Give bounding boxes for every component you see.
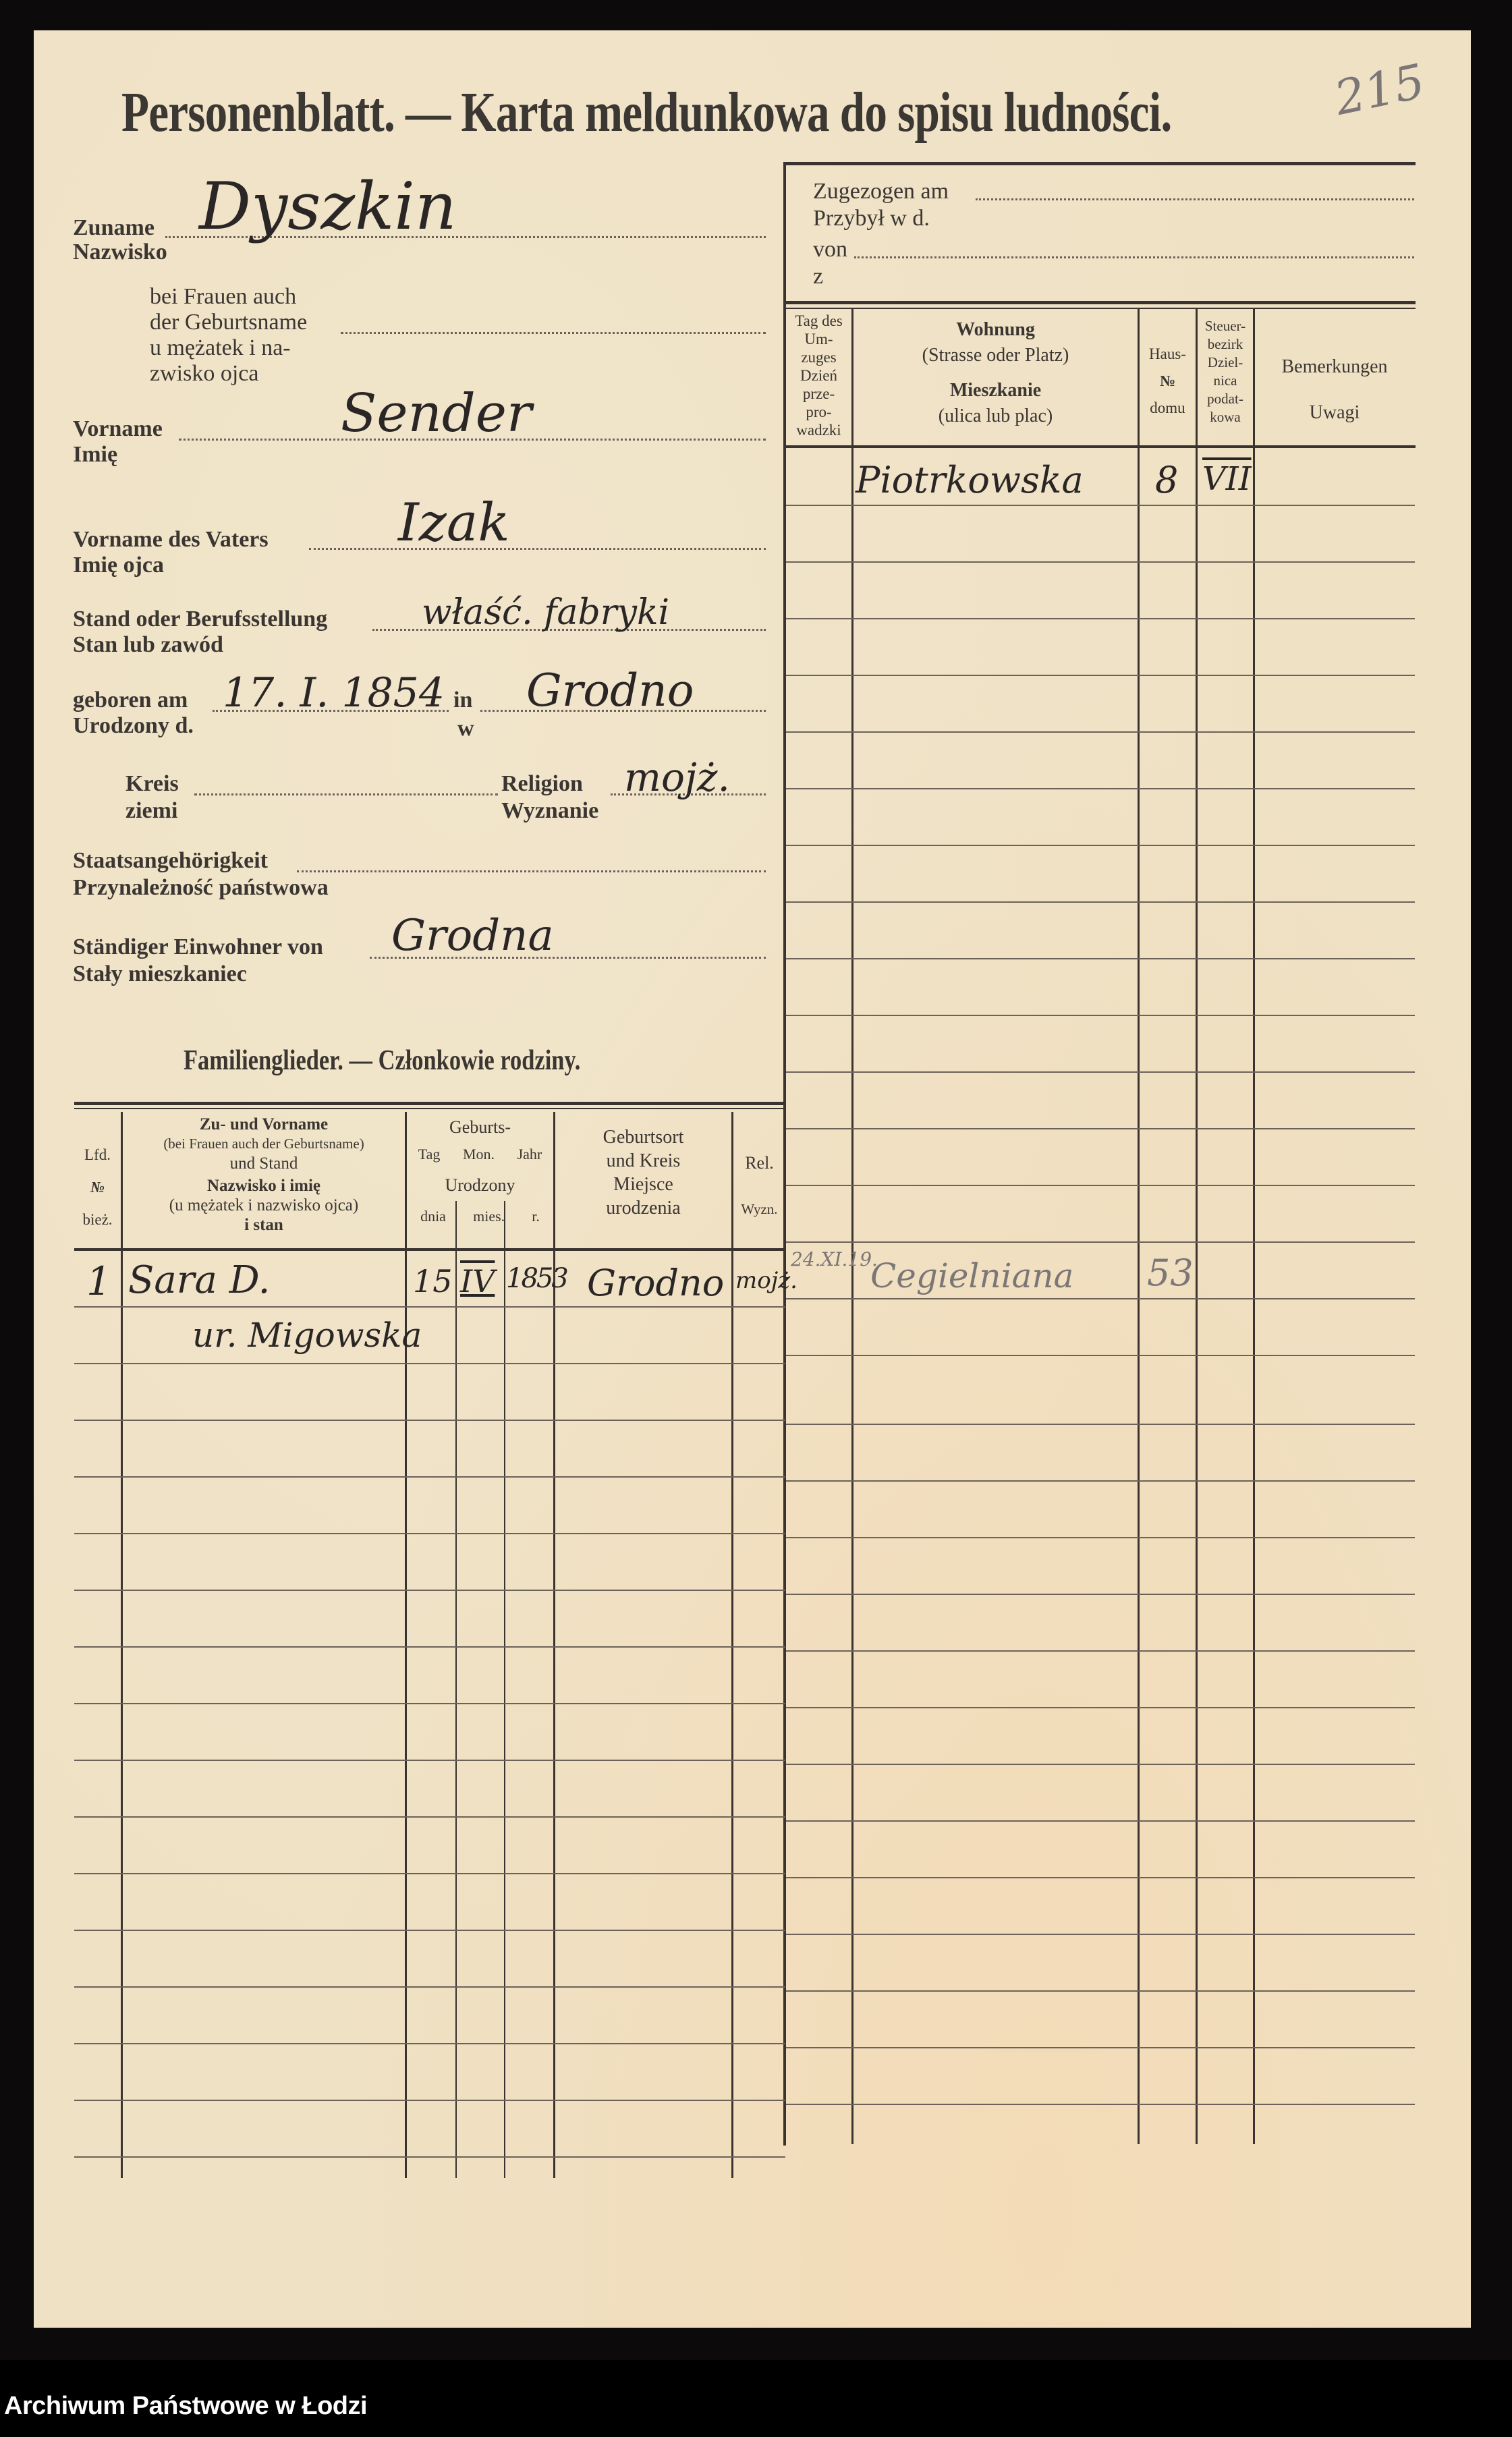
row-line <box>786 1650 1415 1652</box>
row1-street[interactable]: Piotrkowska <box>856 459 1084 501</box>
family-section-title: Familienglieder. — Członkowie rodziny. <box>184 1044 580 1077</box>
maiden-label-1: bei Frauen auch <box>150 283 296 310</box>
row-line <box>786 561 1415 563</box>
fathername-line <box>309 548 766 550</box>
resident-label-pl: Stały mieszkaniec <box>73 961 247 988</box>
fam-col-sep-3 <box>455 1201 457 2178</box>
district-label-de: Kreis <box>125 771 179 797</box>
firstname-label-pl: Imię <box>73 441 117 468</box>
row-line <box>74 1703 785 1704</box>
row-line <box>74 1363 785 1364</box>
occupation-label-pl: Stan lub zawód <box>73 632 223 659</box>
fam-col-sep-6 <box>731 1112 733 2178</box>
col-sep-3 <box>1196 309 1198 2144</box>
fam-col-sep-1 <box>121 1112 123 2178</box>
family-header-bottom <box>74 1248 785 1251</box>
surname-label-de: Zuname <box>73 215 155 242</box>
row2-move-day[interactable]: 24.XI.19. <box>791 1248 848 1271</box>
arrival-from-label-pl: z <box>813 263 823 290</box>
row-line <box>786 1480 1415 1482</box>
fam-header-birthplace: Geburtsortund KreisMiejsceurodzenia <box>555 1125 731 1220</box>
row2-house-no[interactable]: 53 <box>1147 1252 1194 1294</box>
occupation-label-de: Stand oder Berufsstellung <box>73 606 327 633</box>
row-line <box>786 675 1415 676</box>
row-line <box>786 618 1415 619</box>
maiden-label-2: der Geburtsname <box>150 309 307 336</box>
member1-day[interactable]: 15 <box>413 1263 453 1299</box>
surname-label-pl: Nazwisko <box>73 239 167 266</box>
arrival-date-line <box>976 198 1414 200</box>
row-line <box>786 1877 1415 1878</box>
member1-year[interactable]: 1853 <box>506 1263 567 1294</box>
occupation-value[interactable]: właść. fabryki <box>422 592 669 633</box>
member1-religion[interactable]: mojż. <box>735 1267 797 1294</box>
fathername-label-de: Vorname des Vaters <box>73 526 269 553</box>
fam-col-sep-2 <box>405 1112 407 2178</box>
header-dwelling: Wohnung (Strasse oder Platz) Mieszkanie … <box>853 317 1138 429</box>
citizenship-label-de: Staatsangehörigkeit <box>73 847 268 874</box>
member1-no[interactable]: 1 <box>86 1258 111 1304</box>
row-line <box>786 1241 1415 1243</box>
religion-label-pl: Wyznanie <box>501 797 598 824</box>
member1-name-line2[interactable]: ur. Migowska <box>192 1316 422 1355</box>
row-line <box>786 1071 1415 1073</box>
row-line <box>786 1820 1415 1822</box>
residence-mid-rule <box>785 301 1416 304</box>
row-line <box>74 1476 785 1478</box>
family-top-rule-thin <box>74 1108 785 1109</box>
page-title: Personenblatt. — Karta meldunkowa do spi… <box>121 80 1172 145</box>
birth-in-pl: w <box>457 715 474 742</box>
arrival-from-label-de: von <box>813 236 847 263</box>
row-line <box>74 1930 785 1931</box>
arrival-date-label-de: Zugezogen am <box>813 178 949 205</box>
residence-header-bottom <box>785 445 1416 448</box>
religion-label-de: Religion <box>501 771 583 797</box>
row-line <box>74 1306 785 1308</box>
fam-header-no: Lfd.№bież. <box>74 1139 121 1236</box>
row-line <box>786 1355 1415 1356</box>
col-sep-2 <box>1138 309 1140 2144</box>
row-line <box>786 1764 1415 1765</box>
row2-street[interactable]: Cegielniana <box>870 1256 1073 1295</box>
row-line <box>786 845 1415 846</box>
row-line <box>74 1873 785 1874</box>
header-remarks: BemerkungenUwagi <box>1255 344 1414 436</box>
resident-label-de: Ständiger Einwohner von <box>73 934 323 961</box>
row-line <box>786 1298 1415 1299</box>
resident-value[interactable]: Grodna <box>391 911 554 961</box>
residence-top-rule <box>785 162 1416 165</box>
family-top-rule <box>74 1102 785 1105</box>
maiden-label-3: u mężatek i na- <box>150 335 291 362</box>
row-line <box>786 1990 1415 1992</box>
maiden-line <box>341 332 766 334</box>
row-line <box>74 1590 785 1591</box>
header-tax-district: Steuer-bezirkDziel-nicapodat-kowa <box>1198 317 1253 426</box>
row-line <box>786 731 1415 733</box>
fam-header-religion: Rel.Wyzn. <box>733 1140 785 1232</box>
header-house-no: Haus-№domu <box>1140 341 1196 422</box>
member1-name-line1[interactable]: Sara D. <box>128 1258 270 1302</box>
row-line <box>786 901 1415 903</box>
citizenship-label-pl: Przynależność państwowa <box>73 874 329 901</box>
birth-label-pl: Urodzony d. <box>73 712 194 739</box>
fam-header-name: Zu- und Vorname (bei Frauen auch der Geb… <box>123 1115 405 1235</box>
firstname-label-de: Vorname <box>73 416 163 443</box>
row-line <box>786 1128 1415 1129</box>
birth-label-de: geboren am <box>73 687 188 714</box>
row-line <box>786 1537 1415 1538</box>
arrival-date-label-pl: Przybył w d. <box>813 205 930 232</box>
col-sep-4 <box>1253 309 1255 2144</box>
district-label-pl: ziemi <box>125 797 177 824</box>
row-line <box>786 2047 1415 2048</box>
row-line <box>786 1424 1415 1425</box>
row-line <box>74 2156 785 2158</box>
fam-col-sep-4 <box>504 1201 505 2178</box>
row-line <box>74 1533 785 1534</box>
row1-house-no[interactable]: 8 <box>1155 459 1178 501</box>
religion-value[interactable]: mojż. <box>624 754 730 800</box>
row-line <box>786 1707 1415 1708</box>
member1-birthplace[interactable]: Grodno <box>587 1262 724 1304</box>
surname-value[interactable]: Dyszkin <box>199 169 457 244</box>
row-line <box>786 958 1415 959</box>
birth-date-value[interactable]: 17. I. 1854 <box>223 669 445 717</box>
district-line <box>194 793 498 795</box>
row1-tax-district[interactable]: VII <box>1202 460 1252 498</box>
row-line <box>74 1760 785 1761</box>
fam-header-birth: Geburts- TagMon.Jahr Urodzony dniamies.r… <box>407 1117 553 1227</box>
citizenship-line <box>297 870 766 872</box>
birth-in-de: in <box>453 687 472 714</box>
header-move-day: Tag desUm-zugesDzieńprze-pro-wadzki <box>786 312 851 439</box>
row-line <box>786 1015 1415 1016</box>
fathername-value[interactable]: Izak <box>398 493 510 553</box>
row-line <box>74 2100 785 2101</box>
birth-place-value[interactable]: Grodno <box>526 665 694 717</box>
residence-mid-rule-thin <box>785 308 1416 309</box>
row-line <box>74 2043 785 2044</box>
row-line <box>74 1646 785 1648</box>
row-line <box>786 505 1415 506</box>
arrival-from-line <box>854 256 1414 258</box>
row-line <box>786 788 1415 789</box>
row-line <box>74 1816 785 1818</box>
row-line <box>786 1594 1415 1595</box>
firstname-value[interactable]: Sender <box>341 383 532 444</box>
archive-caption: Archiwum Państwowe w Łodzi <box>4 2392 367 2421</box>
fathername-label-pl: Imię ojca <box>73 552 164 579</box>
row-line <box>786 2104 1415 2105</box>
col-sep-1 <box>851 309 853 2144</box>
row-line <box>74 1986 785 1988</box>
maiden-label-4: zwisko ojca <box>150 360 258 387</box>
row-line <box>786 1934 1415 1935</box>
row-line <box>786 1185 1415 1186</box>
row-line <box>74 1420 785 1421</box>
member1-month[interactable]: IV <box>460 1263 495 1299</box>
